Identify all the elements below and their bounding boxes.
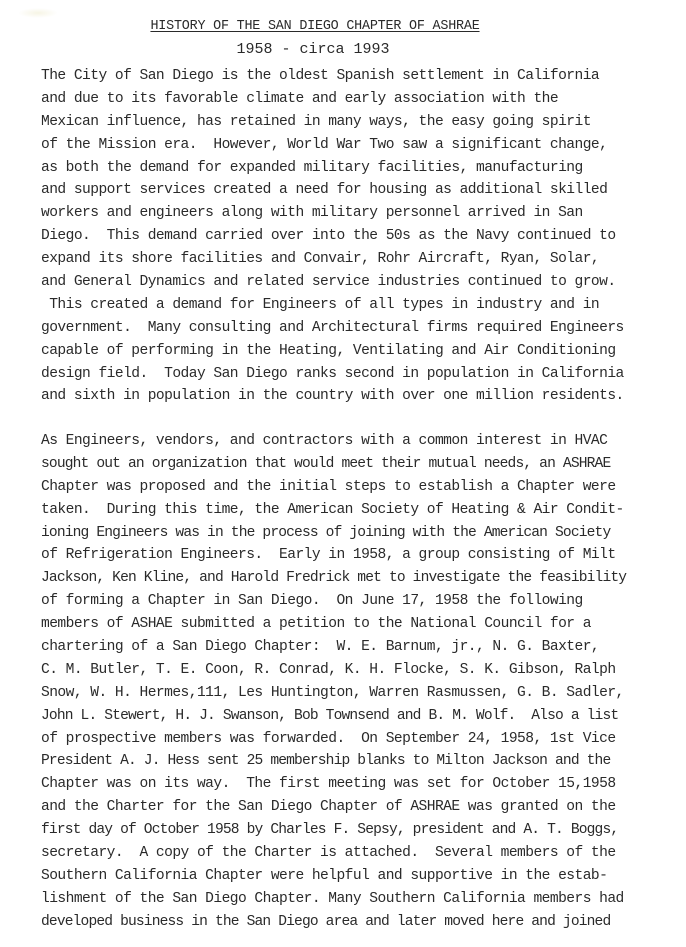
text-line: expand its shore facilities and Convair,… [41,248,686,271]
text-line: workers and engineers along with militar… [41,202,686,225]
text-line: members of ASHAE submitted a petition to… [41,613,686,636]
text-line: The City of San Diego is the oldest Span… [41,65,686,88]
text-line: Diego. This demand carried over into the… [41,225,686,248]
text-line: Southern California Chapter were helpful… [41,865,686,888]
text-line: Snow, W. H. Hermes,111, Les Huntington, … [41,682,686,705]
text-line: design field. Today San Diego ranks seco… [41,363,686,386]
text-line: and due to its favorable climate and ear… [41,88,686,111]
text-line: John L. Stewert, H. J. Swanson, Bob Town… [41,705,686,728]
text-line: first day of October 1958 by Charles F. … [41,819,686,842]
document-page: HISTORY OF THE SAN DIEGO CHAPTER OF ASHR… [0,0,686,947]
text-line: developed business in the San Diego area… [41,911,686,934]
document-title-text: HISTORY OF THE SAN DIEGO CHAPTER OF ASHR… [150,19,479,35]
text-line: sought out an organization that would me… [41,453,686,476]
text-line: Chapter was proposed and the initial ste… [41,476,686,499]
paragraph-2: As Engineers, vendors, and contractors w… [41,430,686,934]
text-line: of the Mission era. However, World War T… [41,134,686,157]
text-line: C. M. Butler, T. E. Coon, R. Conrad, K. … [41,659,686,682]
text-line: Chapter was on its way. The first meetin… [41,773,686,796]
text-line: as both the demand for expanded military… [41,157,686,180]
text-line: Jackson, Ken Kline, and Harold Fredrick … [41,567,686,590]
text-line: government. Many consulting and Architec… [41,317,686,340]
text-line: As Engineers, vendors, and contractors w… [41,430,686,453]
text-line: of forming a Chapter in San Diego. On Ju… [41,590,686,613]
text-line: ioning Engineers was in the process of j… [41,522,686,545]
document-subtitle: 1958 - circa 1993 [0,41,686,59]
text-line: capable of performing in the Heating, Ve… [41,340,686,363]
paragraph-1: The City of San Diego is the oldest Span… [41,65,686,408]
text-line: chartering of a San Diego Chapter: W. E.… [41,636,686,659]
text-line: President A. J. Hess sent 25 membership … [41,750,686,773]
text-line: lishment of the San Diego Chapter. Many … [41,888,686,911]
text-line: and the Charter for the San Diego Chapte… [41,796,686,819]
paper-smudge [18,8,58,18]
text-line: taken. During this time, the American So… [41,499,686,522]
text-line: secretary. A copy of the Charter is atta… [41,842,686,865]
text-line: of Refrigeration Engineers. Early in 195… [41,544,686,567]
text-line: of prospective members was forwarded. On… [41,728,686,751]
text-line: and sixth in population in the country w… [41,385,686,408]
document-title: HISTORY OF THE SAN DIEGO CHAPTER OF ASHR… [0,19,686,35]
text-line: and General Dynamics and related service… [41,271,686,294]
text-line: This created a demand for Engineers of a… [41,294,686,317]
text-line: and support services created a need for … [41,179,686,202]
text-line: Mexican influence, has retained in many … [41,111,686,134]
document-subtitle-text: 1958 - circa 1993 [236,41,389,59]
